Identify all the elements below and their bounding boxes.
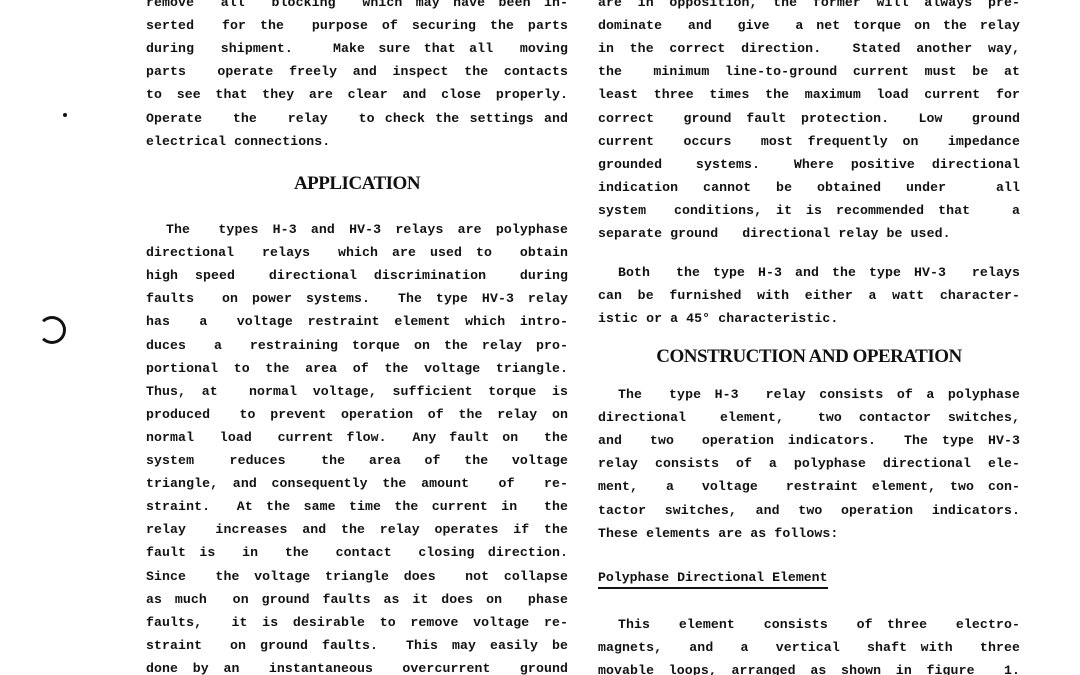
subheading-polyphase-directional-element: Polyphase Directional Element [598,570,828,589]
paragraph-line: as much on ground faults as it does on p… [146,592,568,608]
paragraph-line: produced to prevent operation of the rel… [146,407,568,423]
paragraph-line: electrical connections. [146,134,568,150]
paragraph-line: faults on power systems. The type HV-3 r… [146,291,568,307]
paragraph-line: Thus, at normal voltage, sufficient torq… [146,384,568,400]
paragraph-line: are in opposition, the former will alway… [598,0,1020,11]
paragraph-line: remove all blocking which may have been … [146,0,568,11]
paragraph-line: Both the type H-3 and the type HV-3 rela… [598,265,1020,281]
paragraph-line: least three times the maximum load curre… [598,87,1020,103]
paragraph-line: faults, it is desirable to remove voltag… [146,615,568,631]
paragraph-line: straint on ground faults. This may easil… [146,638,568,654]
paragraph-line: separate ground directional relay be use… [598,226,1020,242]
paragraph-line: and two operation indicators. The type H… [598,433,1020,449]
paragraph-line: movable loops, arranged as shown in figu… [598,663,1020,675]
paragraph-line: straint. At the same time the current in… [146,499,568,515]
paragraph-line: fault is in the contact closing directio… [146,545,568,561]
paragraph-line: done by an instantaneous overcurrent gro… [146,661,568,675]
paragraph-line: the minimum line-to-ground current must … [598,64,1020,80]
paragraph-line: Operate the relay to check the settings … [146,111,568,127]
scan-speck [63,113,67,117]
paragraph-line: relay increases and the relay operates i… [146,522,568,538]
paragraph-line: This element consists of three electro- [598,617,1020,633]
paragraph-line: triangle, and consequently the amount of… [146,476,568,492]
paragraph-line: parts operate freely and inspect the con… [146,64,568,80]
paragraph-line: correct ground fault protection. Low gro… [598,111,1020,127]
section-heading-application: APPLICATION [146,173,568,195]
paragraph-line: The type H-3 relay consists of a polypha… [598,387,1020,403]
paragraph-line: tactor switches, and two operation indic… [598,503,1020,519]
paragraph-line: indication cannot be obtained under all [598,180,1020,196]
paragraph-line: directional element, two contactor switc… [598,410,1020,426]
paragraph-line: magnets, and a vertical shaft with three [598,640,1020,656]
paragraph-line: ment, a voltage restraint element, two c… [598,479,1020,495]
paragraph-line: normal load current flow. Any fault on t… [146,430,568,446]
paragraph-line: during shipment. Make sure that all movi… [146,41,568,57]
paragraph-line: has a voltage restraint element which in… [146,314,568,330]
paragraph-line: Since the voltage triangle does not coll… [146,569,568,585]
punch-hole-mark [38,316,66,344]
paragraph-line: system conditions, it is recommended tha… [598,203,1020,219]
paragraph-line: grounded systems. Where positive directi… [598,157,1020,173]
section-heading-construction: CONSTRUCTION AND OPERATION [598,346,1020,368]
paragraph-line: in the correct direction. Stated another… [598,41,1020,57]
paragraph-line: The types H-3 and HV-3 relays are polyph… [146,222,568,238]
paragraph-line: to see that they are clear and close pro… [146,87,568,103]
paragraph-line: can be furnished with either a watt char… [598,288,1020,304]
paragraph-line: portional to the area of the voltage tri… [146,361,568,377]
paragraph-line: directional relays which are used to obt… [146,245,568,261]
paragraph-line: serted for the purpose of securing the p… [146,18,568,34]
paragraph-line: system reduces the area of the voltage [146,453,568,469]
paragraph-line: current occurs most frequently on impeda… [598,134,1020,150]
paragraph-line: istic or a 45° characteristic. [598,311,1020,327]
paragraph-line: relay consists of a polyphase directiona… [598,456,1020,472]
paragraph-line: high speed directional discrimination du… [146,268,568,284]
paragraph-line: dominate and give a net torque on the re… [598,18,1020,34]
paragraph-line: duces a restraining torque on the relay … [146,338,568,354]
paragraph-line: These elements are as follows: [598,526,1020,542]
